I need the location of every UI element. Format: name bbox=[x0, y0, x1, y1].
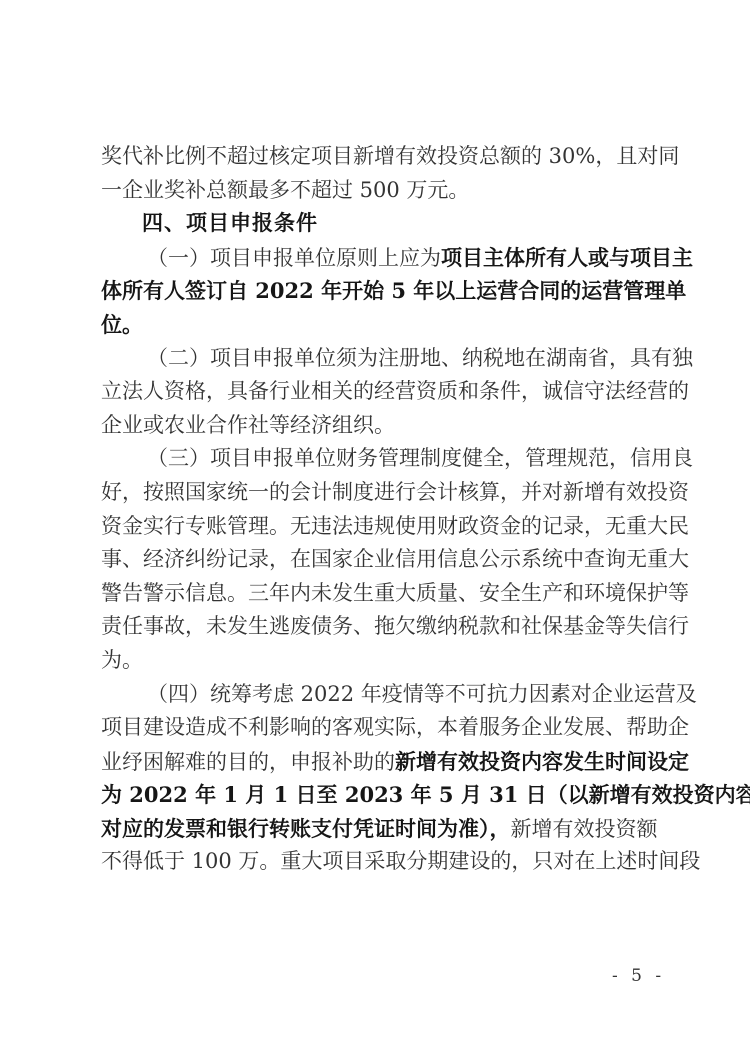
text-line: 为 2022 年 1 月 1 日至 2023 年 5 月 31 日（以新增有效投… bbox=[101, 778, 653, 812]
text: 企业或农业合作社等经济组织。 bbox=[101, 413, 395, 437]
text: 警告警示信息。三年内未发生重大质量、安全生产和环境保护等 bbox=[101, 581, 689, 605]
text-line: 事、经济纠纷记录，在国家企业信用信息公示系统中查询无重大 bbox=[101, 543, 653, 577]
text-line: 资金实行专账管理。无违法违规使用财政资金的记录，无重大民 bbox=[101, 510, 653, 544]
text-line: 对应的发票和银行转账支付凭证时间为准），新增有效投资额 bbox=[101, 812, 653, 846]
text-line: 一企业奖补总额最多不超过 500 万元。 bbox=[101, 174, 653, 208]
paragraph: （三）项目申报单位财务管理制度健全，管理规范，信用良好，按照国家统一的会计制度进… bbox=[101, 442, 653, 677]
text: 新增有效投资额 bbox=[511, 817, 658, 841]
text: 责任事故，未发生逃废债务、拖欠缴纳税款和社保基金等失信行 bbox=[101, 614, 689, 638]
paragraph: （二）项目申报单位须为注册地、纳税地在湖南省，具有独立法人资格，具备行业相关的经… bbox=[101, 342, 653, 443]
text-line: （四）统筹考虑 2022 年疫情等不可抗力因素对企业运营及 bbox=[101, 678, 653, 712]
text-line: （一）项目申报单位原则上应为项目主体所有人或与项目主 bbox=[101, 241, 653, 275]
text: （一）项目申报单位原则上应为 bbox=[147, 246, 441, 270]
text: 资金实行专账管理。无违法违规使用财政资金的记录，无重大民 bbox=[101, 514, 689, 538]
bold-text: 新增有效投资内容发生时间设定 bbox=[395, 749, 689, 774]
text: 一企业奖补总额最多不超过 500 万元。 bbox=[101, 178, 469, 202]
bold-text: 四、项目申报条件 bbox=[142, 211, 318, 235]
text-line: 位。 bbox=[101, 308, 653, 342]
text-line: 好，按照国家统一的会计制度进行会计核算，并对新增有效投资 bbox=[101, 476, 653, 510]
text: （三）项目申报单位财务管理制度健全，管理规范，信用良 bbox=[147, 446, 693, 470]
paragraph: （四）统筹考虑 2022 年疫情等不可抗力因素对企业运营及项目建设造成不利影响的… bbox=[101, 678, 653, 880]
text: 奖代补比例不超过核定项目新增有效投资总额的 30%，且对同 bbox=[101, 144, 679, 168]
bold-text: 为 2022 年 1 月 1 日至 2023 年 5 月 31 日（以新增有效投… bbox=[101, 782, 750, 807]
text-line: 责任事故，未发生逃废债务、拖欠缴纳税款和社保基金等失信行 bbox=[101, 610, 653, 644]
bold-text: 体所有人签订自 2022 年开始 5 年以上运营合同的运营管理单 bbox=[101, 278, 686, 303]
text-line: （二）项目申报单位须为注册地、纳税地在湖南省，具有独 bbox=[101, 342, 653, 376]
text: 事、经济纠纷记录，在国家企业信用信息公示系统中查询无重大 bbox=[101, 547, 689, 571]
bold-text: 位。 bbox=[101, 312, 143, 337]
text-line: （三）项目申报单位财务管理制度健全，管理规范，信用良 bbox=[101, 442, 653, 476]
page-number: - 5 - bbox=[612, 966, 665, 986]
text: 业纾困解难的目的，申报补助的 bbox=[101, 750, 395, 774]
text-line: 项目建设造成不利影响的客观实际，本着服务企业发展、帮助企 bbox=[101, 711, 653, 745]
text-line: 四、项目申报条件 bbox=[101, 207, 653, 241]
text: 项目建设造成不利影响的客观实际，本着服务企业发展、帮助企 bbox=[101, 715, 689, 739]
text-line: 奖代补比例不超过核定项目新增有效投资总额的 30%，且对同 bbox=[101, 140, 653, 174]
text-line: 体所有人签订自 2022 年开始 5 年以上运营合同的运营管理单 bbox=[101, 274, 653, 308]
text-line: 为。 bbox=[101, 644, 653, 678]
bold-text: 对应的发票和银行转账支付凭证时间为准）， bbox=[101, 816, 511, 841]
text: 为。 bbox=[101, 648, 143, 672]
text-line: 立法人资格，具备行业相关的经营资质和条件，诚信守法经营的 bbox=[101, 375, 653, 409]
text-line: 业纾困解难的目的，申报补助的新增有效投资内容发生时间设定 bbox=[101, 745, 653, 779]
text-line: 不得低于 100 万。重大项目采取分期建设的，只对在上述时间段 bbox=[101, 845, 653, 879]
section-heading: 四、项目申报条件 bbox=[101, 207, 653, 241]
text: 立法人资格，具备行业相关的经营资质和条件，诚信守法经营的 bbox=[101, 379, 689, 403]
document-page: 奖代补比例不超过核定项目新增有效投资总额的 30%，且对同一企业奖补总额最多不超… bbox=[0, 0, 750, 1061]
text: 好，按照国家统一的会计制度进行会计核算，并对新增有效投资 bbox=[101, 480, 689, 504]
paragraph: （一）项目申报单位原则上应为项目主体所有人或与项目主体所有人签订自 2022 年… bbox=[101, 241, 653, 342]
document-body: 奖代补比例不超过核定项目新增有效投资总额的 30%，且对同一企业奖补总额最多不超… bbox=[101, 140, 653, 879]
text: （四）统筹考虑 2022 年疫情等不可抗力因素对企业运营及 bbox=[147, 682, 697, 706]
bold-text: 项目主体所有人或与项目主 bbox=[441, 245, 693, 270]
text: 不得低于 100 万。重大项目采取分期建设的，只对在上述时间段 bbox=[101, 849, 700, 873]
text-line: 警告警示信息。三年内未发生重大质量、安全生产和环境保护等 bbox=[101, 577, 653, 611]
text: （二）项目申报单位须为注册地、纳税地在湖南省，具有独 bbox=[147, 346, 693, 370]
text-line: 企业或农业合作社等经济组织。 bbox=[101, 409, 653, 443]
paragraph: 奖代补比例不超过核定项目新增有效投资总额的 30%，且对同一企业奖补总额最多不超… bbox=[101, 140, 653, 207]
